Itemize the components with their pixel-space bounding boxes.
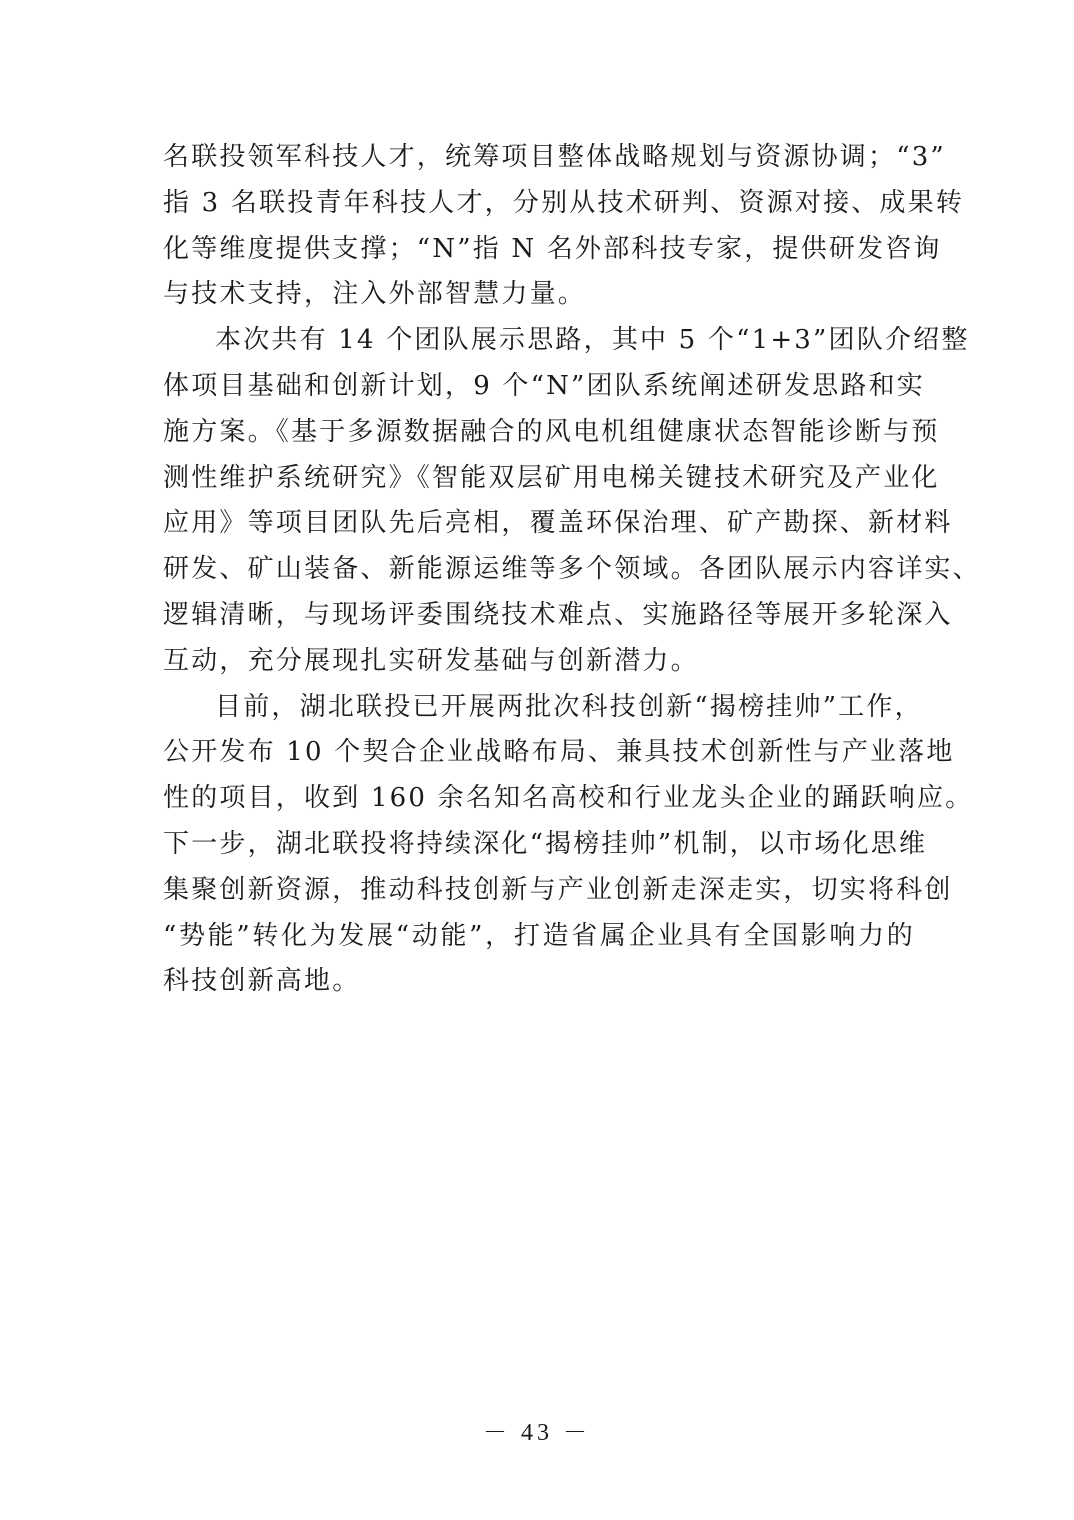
text-line: 互动，充分展现扎实研发基础与创新潜力。 bbox=[163, 639, 915, 685]
text-line: 体项目基础和创新计划，9 个“N”团队系统阐述研发思路和实 bbox=[163, 364, 915, 410]
text-line: 名联投领军科技人才，统筹项目整体战略规划与资源协调；“3” bbox=[163, 135, 915, 181]
text-line: 应用》等项目团队先后亮相，覆盖环保治理、矿产勘探、新材料 bbox=[163, 501, 915, 547]
text-line: “势能”转化为发展“动能”，打造省属企业具有全国影响力的 bbox=[163, 914, 915, 960]
paragraph: 本次共有 14 个团队展示思路，其中 5 个“1+3”团队介绍整 体项目基础和创… bbox=[163, 318, 915, 684]
text-line: 测性维护系统研究》《智能双层矿用电梯关键技术研究及产业化 bbox=[163, 456, 915, 502]
body-text: 名联投领军科技人才，统筹项目整体战略规划与资源协调；“3” 指 3 名联投青年科… bbox=[163, 135, 915, 1005]
text-line: 指 3 名联投青年科技人才，分别从技术研判、资源对接、成果转 bbox=[163, 181, 915, 227]
paragraph: 名联投领军科技人才，统筹项目整体战略规划与资源协调；“3” 指 3 名联投青年科… bbox=[163, 135, 915, 318]
text-line: 逻辑清晰，与现场评委围绕技术难点、实施路径等展开多轮深入 bbox=[163, 593, 915, 639]
text-line: 与技术支持，注入外部智慧力量。 bbox=[163, 272, 915, 318]
text-line: 公开发布 10 个契合企业战略布局、兼具技术创新性与产业落地 bbox=[163, 730, 915, 776]
text-line: 性的项目，收到 160 余名知名高校和行业龙头企业的踊跃响应。 bbox=[163, 776, 915, 822]
text-line: 集聚创新资源，推动科技创新与产业创新走深走实，切实将科创 bbox=[163, 868, 915, 914]
text-line: 研发、矿山装备、新能源运维等多个领域。各团队展示内容详实、 bbox=[163, 547, 915, 593]
text-line: 科技创新高地。 bbox=[163, 959, 915, 1005]
page-number: － 43 － bbox=[0, 1412, 1074, 1447]
paragraph: 目前，湖北联投已开展两批次科技创新“揭榜挂帅”工作， 公开发布 10 个契合企业… bbox=[163, 685, 915, 1006]
text-line: 施方案。《基于多源数据融合的风电机组健康状态智能诊断与预 bbox=[163, 410, 915, 456]
text-line: 目前，湖北联投已开展两批次科技创新“揭榜挂帅”工作， bbox=[163, 685, 915, 731]
text-line: 化等维度提供支撑；“N”指 N 名外部科技专家，提供研发咨询 bbox=[163, 227, 915, 273]
text-line: 本次共有 14 个团队展示思路，其中 5 个“1+3”团队介绍整 bbox=[163, 318, 915, 364]
document-page: 名联投领军科技人才，统筹项目整体战略规划与资源协调；“3” 指 3 名联投青年科… bbox=[0, 0, 1074, 1520]
text-line: 下一步，湖北联投将持续深化“揭榜挂帅”机制，以市场化思维 bbox=[163, 822, 915, 868]
